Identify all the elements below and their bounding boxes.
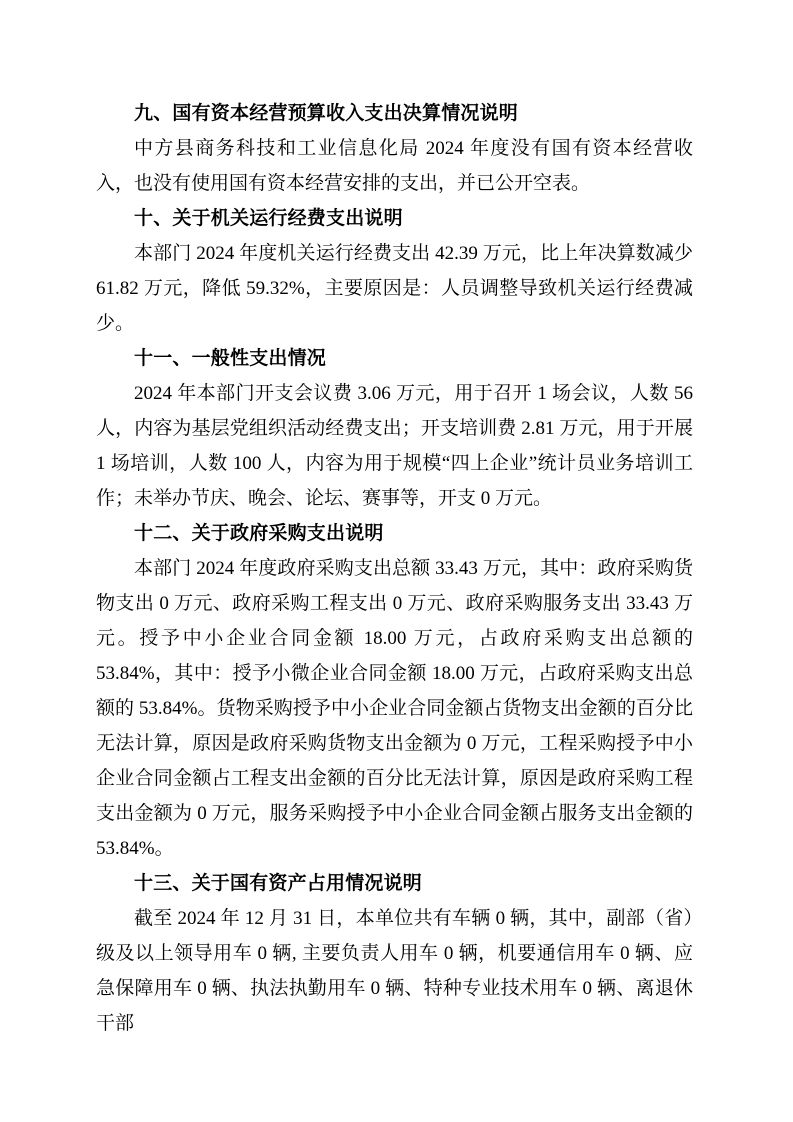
section-general-expenditure: 十一、一般性支出情况 2024 年本部门开支会议费 3.06 万元，用于召开 1…: [96, 341, 693, 516]
section-paragraph: 截至 2024 年 12 月 31 日，本单位共有车辆 0 辆，其中，副部（省）…: [96, 901, 693, 1041]
section-paragraph: 中方县商务科技和工业信息化局 2024 年度没有国有资本经营收入，也没有使用国有…: [96, 131, 693, 201]
section-paragraph: 本部门 2024 年度机关运行经费支出 42.39 万元，比上年决算数减少 61…: [96, 236, 693, 341]
section-paragraph: 本部门 2024 年度政府采购支出总额 33.43 万元，其中：政府采购货物支出…: [96, 551, 693, 866]
section-state-capital-budget: 九、国有资本经营预算收入支出决算情况说明 中方县商务科技和工业信息化局 2024…: [96, 96, 693, 201]
document-page: 九、国有资本经营预算收入支出决算情况说明 中方县商务科技和工业信息化局 2024…: [0, 0, 793, 1122]
section-heading-general-expenditure: 十一、一般性支出情况: [96, 341, 693, 376]
section-heading-government-procurement: 十二、关于政府采购支出说明: [96, 516, 693, 551]
section-agency-operating-expense: 十、关于机关运行经费支出说明 本部门 2024 年度机关运行经费支出 42.39…: [96, 201, 693, 341]
section-heading-state-capital-budget: 九、国有资本经营预算收入支出决算情况说明: [96, 96, 693, 131]
document-content: 九、国有资本经营预算收入支出决算情况说明 中方县商务科技和工业信息化局 2024…: [96, 96, 693, 1041]
section-heading-agency-operating-expense: 十、关于机关运行经费支出说明: [96, 201, 693, 236]
section-paragraph: 2024 年本部门开支会议费 3.06 万元，用于召开 1 场会议，人数 56 …: [96, 376, 693, 516]
section-state-asset-occupancy: 十三、关于国有资产占用情况说明 截至 2024 年 12 月 31 日，本单位共…: [96, 866, 693, 1041]
section-government-procurement: 十二、关于政府采购支出说明 本部门 2024 年度政府采购支出总额 33.43 …: [96, 516, 693, 866]
section-heading-state-asset-occupancy: 十三、关于国有资产占用情况说明: [96, 866, 693, 901]
